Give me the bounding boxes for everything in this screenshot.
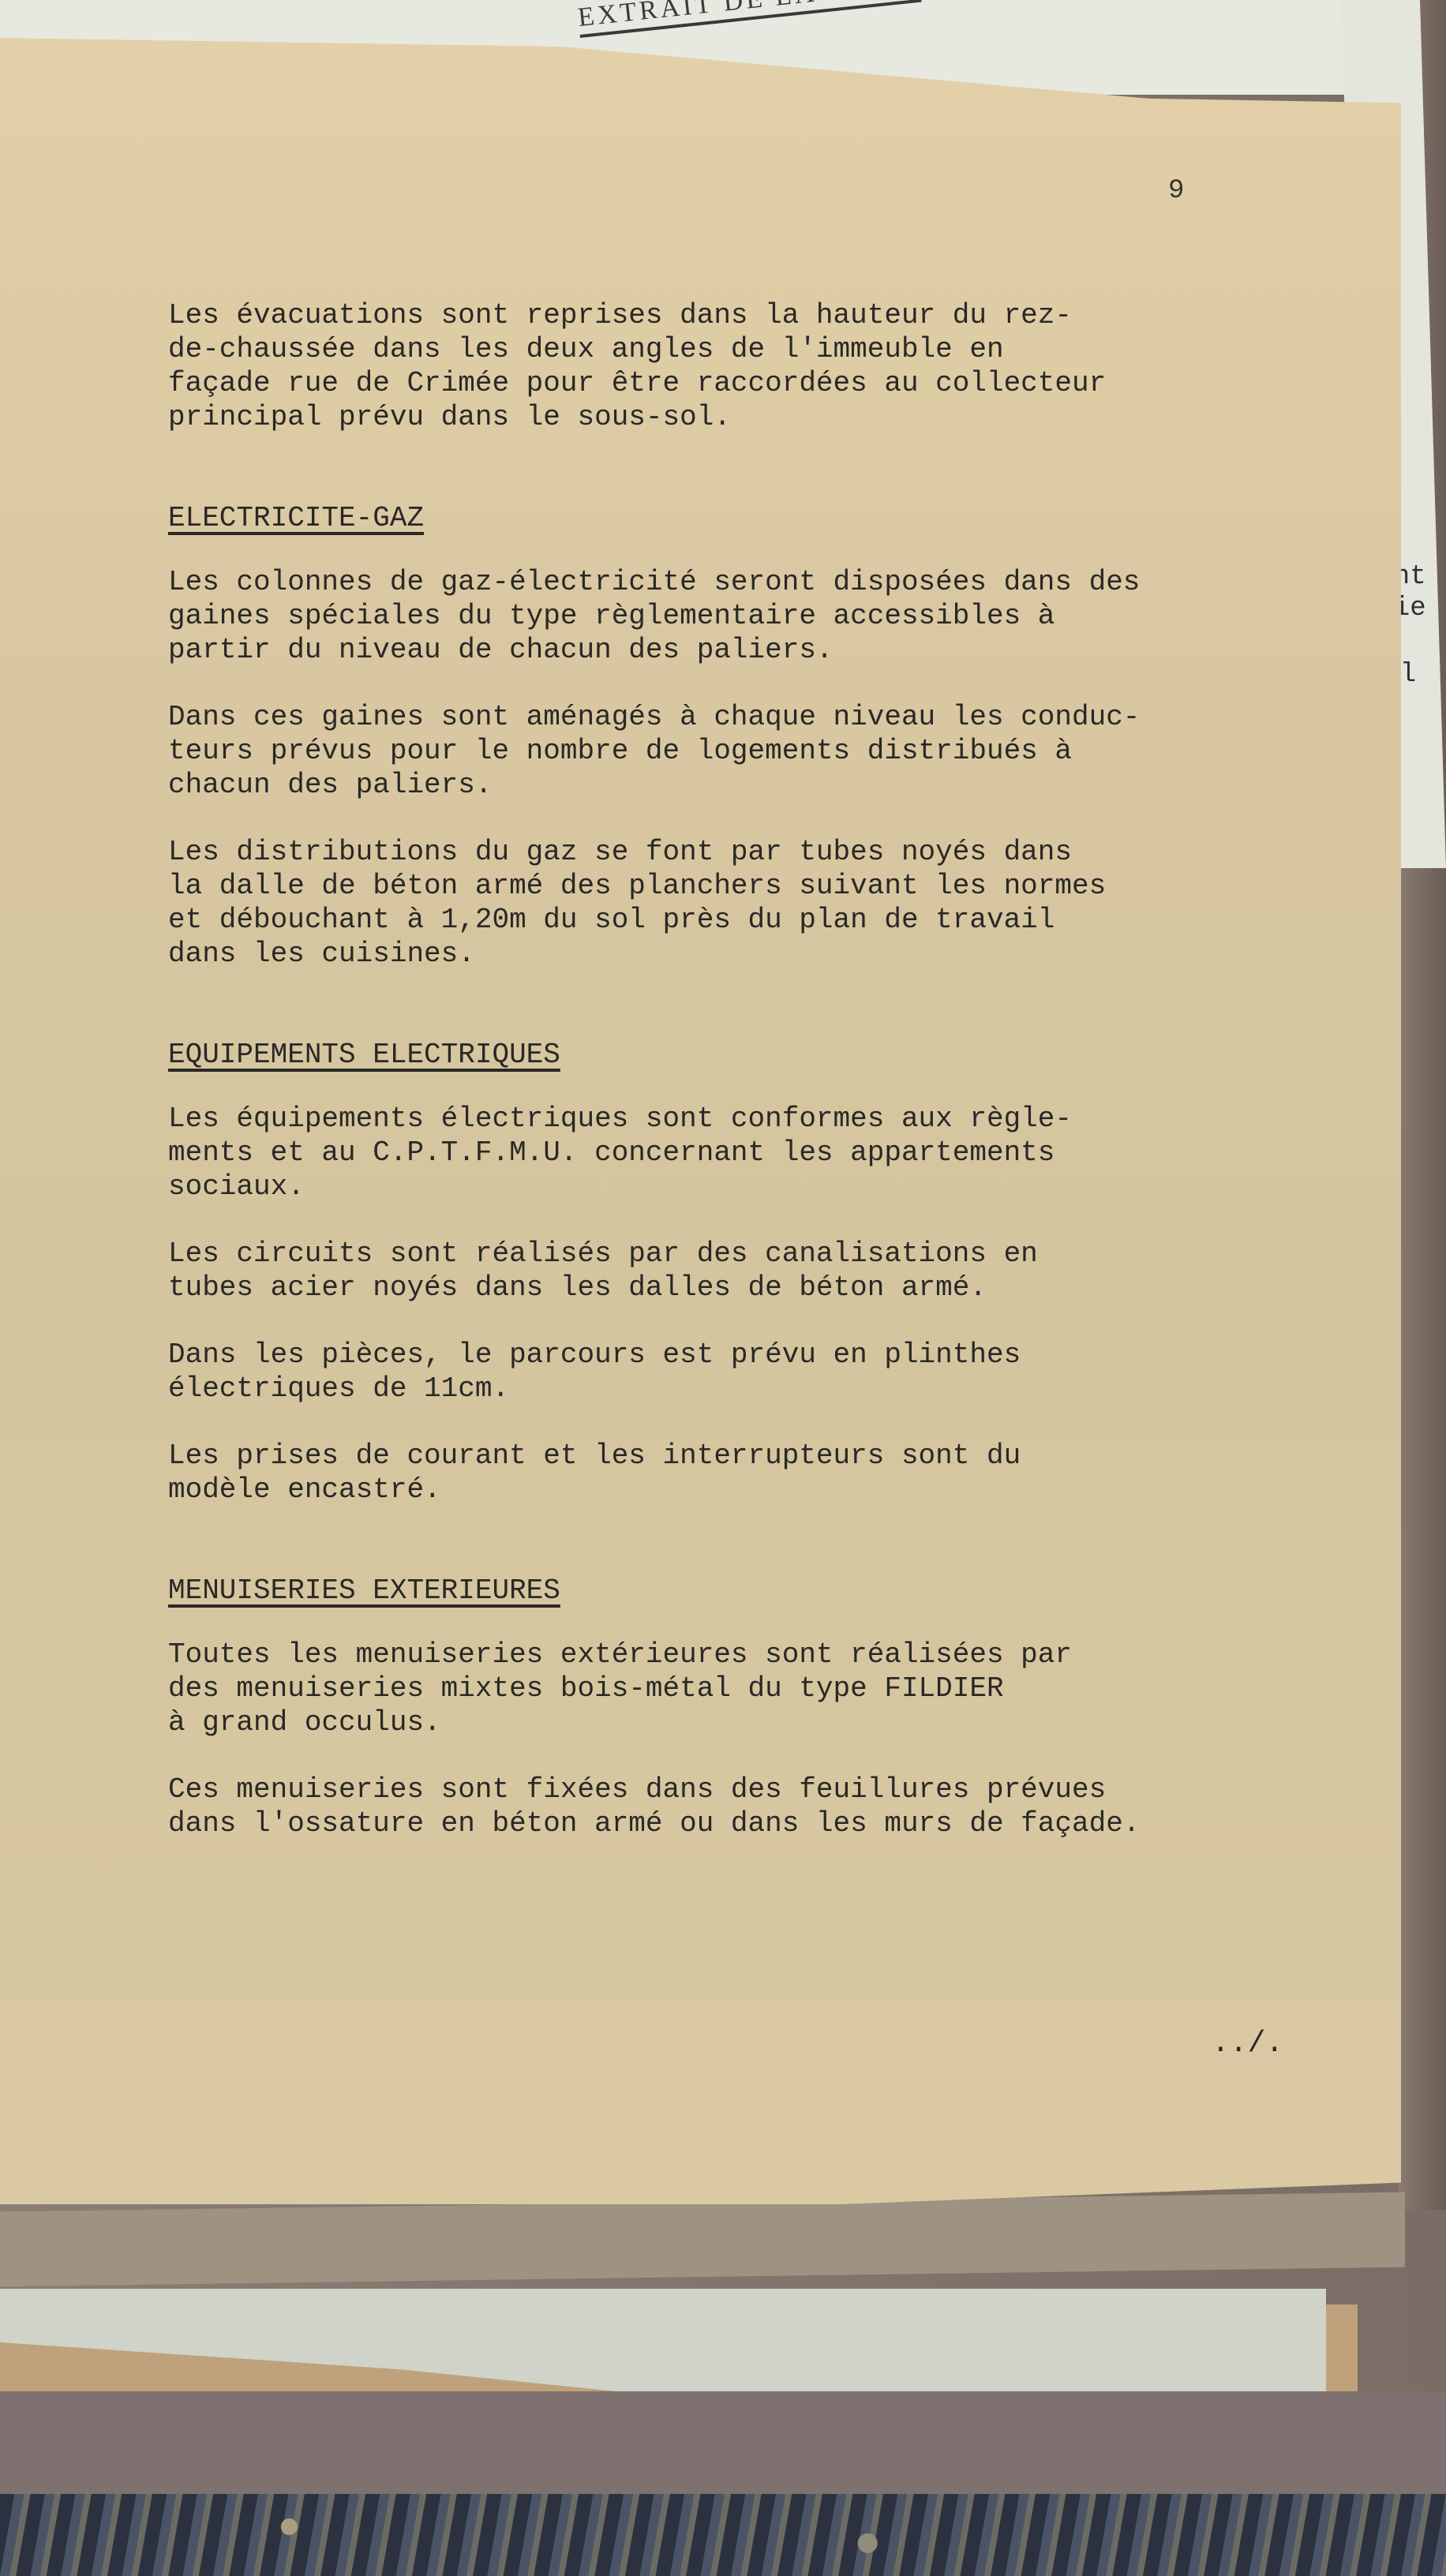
section-heading: MENUISERIES EXTERIEURES: [168, 1574, 560, 1608]
paragraph: Ces menuiseries sont fixées dans des feu…: [168, 1773, 1352, 1840]
paragraph: Dans ces gaines sont aménagés à chaque n…: [168, 700, 1352, 802]
back-sheet-header: EXTRAIT DE LA PROJE: [576, 0, 921, 38]
page-content: Les évacuations sont reprises dans la ha…: [168, 298, 1352, 1874]
paragraph: Dans les pièces, le parcours est prévu e…: [168, 1338, 1352, 1406]
section-electricite-gaz: ELECTRICITE-GAZ Les colonnes de gaz-élec…: [168, 501, 1352, 971]
paragraph: Les prises de courant et les interrupteu…: [168, 1439, 1352, 1507]
section-equipements-electriques: EQUIPEMENTS ELECTRIQUES Les équipements …: [168, 1038, 1352, 1507]
photo-scene: EXTRAIT DE LA PROJE O, nfé dont nsie et …: [0, 0, 1446, 2576]
table-surface: [0, 2391, 1446, 2494]
page-number: 9: [1168, 176, 1184, 206]
paragraph: Toutes les menuiseries extérieures sont …: [168, 1638, 1352, 1739]
continuation-mark: ../.: [1212, 2027, 1283, 2061]
paragraph: Les colonnes de gaz-électricité seront d…: [168, 565, 1352, 667]
paragraph: Les circuits sont réalisés par des canal…: [168, 1237, 1352, 1305]
patterned-fabric: [0, 2494, 1446, 2576]
paragraph: Les distributions du gaz se font par tub…: [168, 835, 1352, 971]
paragraph: Les équipements électriques sont conform…: [168, 1102, 1352, 1204]
section-heading: EQUIPEMENTS ELECTRIQUES: [168, 1038, 560, 1072]
section-heading: ELECTRICITE-GAZ: [168, 501, 424, 535]
section-menuiseries-exterieures: MENUISERIES EXTERIEURES Toutes les menui…: [168, 1574, 1352, 1840]
document-page: 9 Les évacuations sont reprises dans la …: [0, 38, 1401, 2204]
intro-paragraph: Les évacuations sont reprises dans la ha…: [168, 298, 1352, 434]
paper-stack-edge: [0, 2192, 1405, 2287]
